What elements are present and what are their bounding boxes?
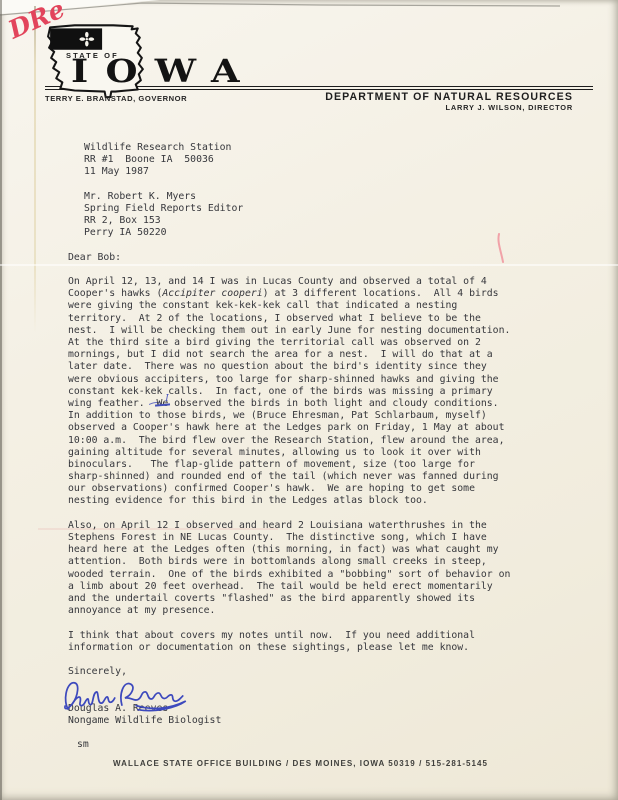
body-line: annoyance at my presence. — [68, 605, 510, 617]
body-line: territory. At 2 of the locations, I obse… — [68, 313, 510, 325]
sender-address-line: Wildlife Research Station — [68, 142, 510, 154]
typed-signer-name: Douglas A. Reeves — [68, 703, 510, 715]
body-line: wing feather. WeI observed the birds in … — [68, 398, 510, 410]
salutation: Dear Bob: — [68, 252, 510, 264]
body-line: and the undertail coverts "flashed" as t… — [68, 593, 510, 605]
letter-line — [68, 690, 510, 702]
body-line: our observations) confirmed Cooper's haw… — [68, 483, 510, 495]
typed-signer-title: Nongame Wildlife Biologist — [68, 715, 510, 727]
letterhead-state-name: IOWA — [71, 55, 257, 87]
body-line: Also, on April 12 I observed and heard 2… — [68, 520, 510, 532]
iowa-state-map-icon — [44, 24, 150, 100]
letterhead-footer-address: WALLACE STATE OFFICE BUILDING / DES MOIN… — [113, 759, 488, 768]
flag-banner — [50, 28, 102, 49]
body-line: wooded terrain. One of the birds exhibit… — [68, 569, 510, 581]
letterhead-state-of: STATE OF — [66, 51, 119, 60]
recipient-address-line: RR 2, Box 153 — [68, 215, 510, 227]
letter-line — [68, 240, 510, 252]
body-line: nest. I will be checking them out in ear… — [68, 325, 510, 337]
letter-line — [68, 617, 510, 629]
body-line: later date. There was no question about … — [68, 361, 510, 373]
flag-rosette-icon — [79, 32, 94, 47]
handwritten-red-initials: DRe — [4, 0, 69, 44]
sender-address-line: RR #1 Boone IA 50036 — [68, 154, 510, 166]
body-line: observed a Cooper's hawk here at the Led… — [68, 422, 510, 434]
scanned-letter-page: DRe STATE OF IOWA TERRY E. BRANSTAD, GOV… — [0, 0, 618, 800]
letterhead-rule-top — [45, 86, 593, 88]
paper-crease-vertical — [34, 6, 36, 332]
body-line: were giving the constant kek-kek-kek cal… — [68, 300, 510, 312]
body-line: Stephens Forest in NE Lucas County. The … — [68, 532, 510, 544]
letter-line — [68, 264, 510, 276]
letterhead-governor: TERRY E. BRANSTAD, GOVERNOR — [45, 94, 187, 103]
body-line: nesting evidence for this bird in the Le… — [68, 495, 510, 507]
body-line: In addition to those birds, we (Bruce Eh… — [68, 410, 510, 422]
body-line: On April 12, 13, and 14 I was in Lucas C… — [68, 276, 510, 288]
scan-top-edge-line — [0, 0, 618, 20]
letter-body: Wildlife Research StationRR #1 Boone IA … — [68, 142, 510, 751]
body-line: mornings, but I did not search the area … — [68, 349, 510, 361]
letter-line — [68, 179, 510, 191]
body-line: heard here at the Ledges often (this mor… — [68, 544, 510, 556]
recipient-address-line: Mr. Robert K. Myers — [68, 191, 510, 203]
typist-initials: sm — [68, 739, 510, 751]
body-line: attention. Both birds were in bottomland… — [68, 556, 510, 568]
body-line: I think that about covers my notes until… — [68, 630, 510, 642]
italic-species-name: Accipiter cooperi — [162, 288, 262, 299]
recipient-address-line: Perry IA 50220 — [68, 227, 510, 239]
letter-line — [68, 508, 510, 520]
sender-address-line: 11 May 1987 — [68, 166, 510, 178]
recipient-address-line: Spring Field Reports Editor — [68, 203, 510, 215]
body-line: binoculars. The flap-glide pattern of mo… — [68, 459, 510, 471]
body-line: 10:00 a.m. The bird flew over the Resear… — [68, 435, 510, 447]
letterhead-department: DEPARTMENT OF NATURAL RESOURCES — [325, 91, 573, 103]
handwritten-insertion: I — [165, 393, 169, 405]
letter-line — [68, 678, 510, 690]
closing: Sincerely, — [68, 666, 510, 678]
body-line: information or documentation on these si… — [68, 642, 510, 654]
body-line: constant kek-kek calls. In fact, one of … — [68, 386, 510, 398]
letterhead-director: LARRY J. WILSON, DIRECTOR — [446, 103, 573, 112]
body-line: gaining altitude for several minutes, al… — [68, 447, 510, 459]
body-line: At the third site a bird giving the terr… — [68, 337, 510, 349]
letter-line — [68, 654, 510, 666]
scan-corner-sliver — [0, 0, 160, 18]
scan-left-edge — [0, 0, 2, 800]
letter-line — [68, 727, 510, 739]
body-line: Cooper's hawks (Accipiter cooperi) at 3 … — [68, 288, 510, 300]
body-line: were obvious accipiters, too large for s… — [68, 374, 510, 386]
body-line: a limb about 20 feet overhead. The tail … — [68, 581, 510, 593]
body-line: sharp-shinned) and rounded end of the ta… — [68, 471, 510, 483]
letterhead-rule-bottom — [45, 89, 593, 90]
